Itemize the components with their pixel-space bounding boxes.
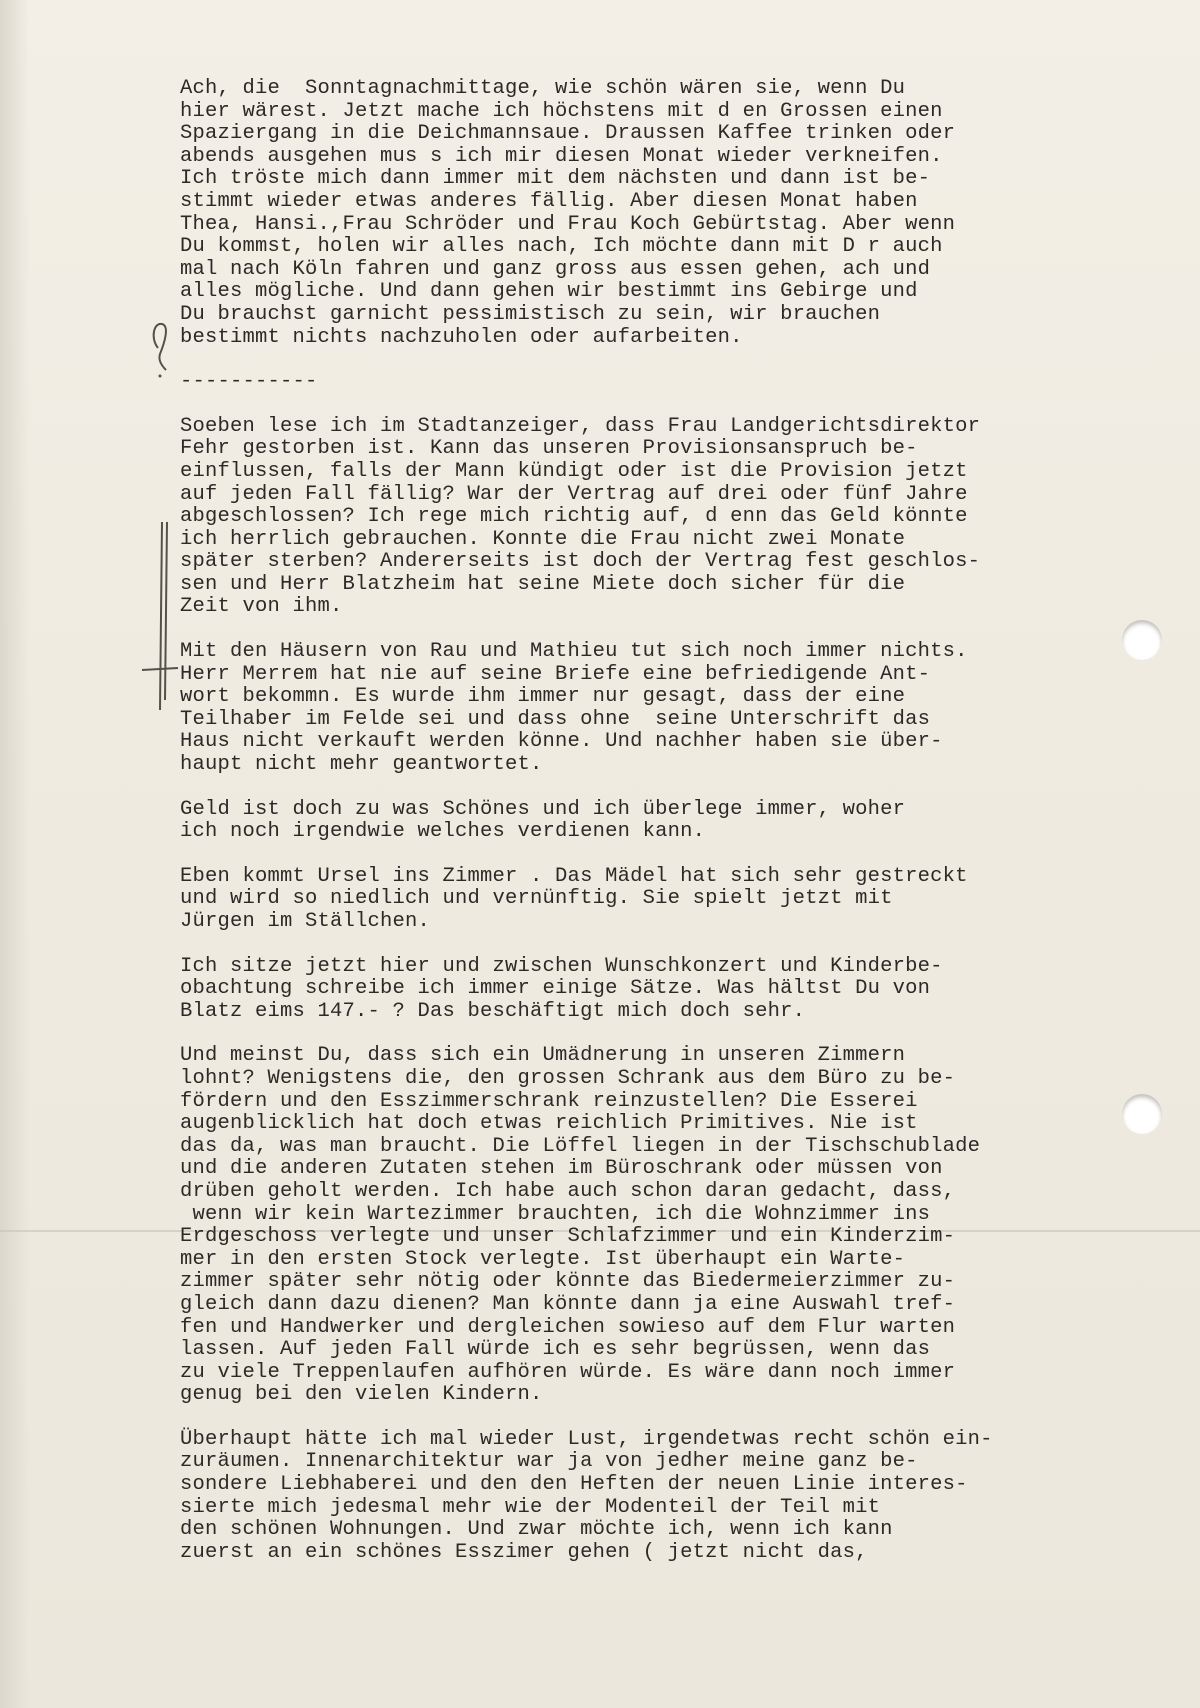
text-line: Mit den Häusern von Rau und Mathieu tut … xyxy=(180,641,1140,664)
text-line: Jürgen im Ställchen. xyxy=(180,911,1140,934)
text-line: und wird so niedlich und vernünftig. Sie… xyxy=(180,888,1140,911)
text-line: zimmer später sehr nötig oder könnte das… xyxy=(180,1271,1140,1294)
text-line: Blatz eims 147.- ? Das beschäftigt mich … xyxy=(180,1001,1140,1024)
text-line: mer in den ersten Stock verlegte. Ist üb… xyxy=(180,1249,1140,1272)
text-line: Spaziergang in die Deichmannsaue. Drauss… xyxy=(180,123,1140,146)
text-line: ich noch irgendwie welches verdienen kan… xyxy=(180,821,1140,844)
text-line: obachtung schreibe ich immer einige Sätz… xyxy=(180,978,1140,1001)
text-line: Zeit von ihm. xyxy=(180,596,1140,619)
paragraph-houses: Mit den Häusern von Rau und Mathieu tut … xyxy=(180,641,1140,777)
text-line: zuräumen. Innenarchitektur war ja von je… xyxy=(180,1451,1140,1474)
paper-edge-shadow xyxy=(0,0,30,1708)
text-line: bestimmt nichts nachzuholen oder aufarbe… xyxy=(180,327,1140,350)
text-line: gleich dann dazu dienen? Man könnte dann… xyxy=(180,1294,1140,1317)
text-line: abends ausgehen mus s ich mir diesen Mon… xyxy=(180,146,1140,169)
text-line: Haus nicht verkauft werden könne. Und na… xyxy=(180,731,1140,754)
text-line: einflussen, falls der Mann kündigt oder … xyxy=(180,461,1140,484)
text-line: drüben geholt werden. Ich habe auch scho… xyxy=(180,1181,1140,1204)
text-line: Eben kommt Ursel ins Zimmer . Das Mädel … xyxy=(180,866,1140,889)
text-line: Erdgeschoss verlegte und unser Schlafzim… xyxy=(180,1226,1140,1249)
text-line: Du kommst, holen wir alles nach, Ich möc… xyxy=(180,236,1140,259)
paragraph-money: Geld ist doch zu was Schönes und ich übe… xyxy=(180,799,1140,844)
text-line: ich herrlich gebrauchen. Konnte die Frau… xyxy=(180,529,1140,552)
text-line: abgeschlossen? Ich rege mich richtig auf… xyxy=(180,506,1140,529)
handwritten-question-mark-icon xyxy=(148,318,178,378)
text-line: Soeben lese ich im Stadtanzeiger, dass F… xyxy=(180,416,1140,439)
text-line: und die anderen Zutaten stehen im Bürosc… xyxy=(180,1158,1140,1181)
text-line: Überhaupt hätte ich mal wieder Lust, irg… xyxy=(180,1429,1140,1452)
text-line: das da, was man braucht. Die Löffel lieg… xyxy=(180,1136,1140,1159)
text-line: lassen. Auf jeden Fall würde ich es sehr… xyxy=(180,1339,1140,1362)
text-line: Herr Merrem hat nie auf seine Briefe ein… xyxy=(180,664,1140,687)
paragraph-rooms: Und meinst Du, dass sich ein Umädnerung … xyxy=(180,1045,1140,1407)
text-line: Fehr gestorben ist. Kann das unseren Pro… xyxy=(180,438,1140,461)
letter-body: Ach, die Sonntagnachmittage, wie schön w… xyxy=(180,78,1140,1586)
text-line: Geld ist doch zu was Schönes und ich übe… xyxy=(180,799,1140,822)
text-line: alles mögliche. Und dann gehen wir besti… xyxy=(180,281,1140,304)
text-line: später sterben? Andererseits ist doch de… xyxy=(180,551,1140,574)
text-line: Und meinst Du, dass sich ein Umädnerung … xyxy=(180,1045,1140,1068)
text-line: den schönen Wohnungen. Und zwar möchte i… xyxy=(180,1519,1140,1542)
text-line: stimmt wieder etwas anderes fällig. Aber… xyxy=(180,191,1140,214)
text-line: Thea, Hansi.,Frau Schröder und Frau Koch… xyxy=(180,214,1140,237)
paragraph-ursel: Eben kommt Ursel ins Zimmer . Das Mädel … xyxy=(180,866,1140,934)
text-line: zu viele Treppenlaufen aufhören würde. E… xyxy=(180,1362,1140,1385)
text-line: sen und Herr Blatzheim hat seine Miete d… xyxy=(180,574,1140,597)
paragraph-interior: Überhaupt hätte ich mal wieder Lust, irg… xyxy=(180,1429,1140,1565)
separator-line: ----------- xyxy=(180,371,1140,394)
text-line: fördern und den Esszimmerschrank reinzus… xyxy=(180,1091,1140,1114)
text-line: Ich tröste mich dann immer mit dem nächs… xyxy=(180,168,1140,191)
paragraph-provision: Soeben lese ich im Stadtanzeiger, dass F… xyxy=(180,416,1140,619)
text-line: sondere Liebhaberei und den den Heften d… xyxy=(180,1474,1140,1497)
text-line: Du brauchst garnicht pessimistisch zu se… xyxy=(180,304,1140,327)
text-line: hier wärest. Jetzt mache ich höchstens m… xyxy=(180,101,1140,124)
text-line: Ich sitze jetzt hier und zwischen Wunsch… xyxy=(180,956,1140,979)
paragraph-wunschkonzert: Ich sitze jetzt hier und zwischen Wunsch… xyxy=(180,956,1140,1024)
paper-sheet: Ach, die Sonntagnachmittage, wie schön w… xyxy=(0,0,1200,1708)
text-line: haupt nicht mehr geantwortet. xyxy=(180,754,1140,777)
text-line: sierte mich jedesmal mehr wie der Modent… xyxy=(180,1497,1140,1520)
text-line: Teilhaber im Felde sei und dass ohne sei… xyxy=(180,709,1140,732)
text-line: Ach, die Sonntagnachmittage, wie schön w… xyxy=(180,78,1140,101)
text-line: fen und Handwerker und dergleichen sowie… xyxy=(180,1317,1140,1340)
text-line: augenblicklich hat doch etwas reichlich … xyxy=(180,1113,1140,1136)
text-line: genug bei den vielen Kindern. xyxy=(180,1384,1140,1407)
text-line: wenn wir kein Wartezimmer brauchten, ich… xyxy=(180,1204,1140,1227)
margin-bracket-icon xyxy=(140,520,180,720)
text-line: zuerst an ein schönes Esszimer gehen ( j… xyxy=(180,1542,1140,1565)
text-line: mal nach Köln fahren und ganz gross aus … xyxy=(180,259,1140,282)
text-line: lohnt? Wenigstens die, den grossen Schra… xyxy=(180,1068,1140,1091)
text-line: auf jeden Fall fällig? War der Vertrag a… xyxy=(180,484,1140,507)
text-line: wort bekommn. Es wurde ihm immer nur ges… xyxy=(180,686,1140,709)
paragraph-sunday-afternoons: Ach, die Sonntagnachmittage, wie schön w… xyxy=(180,78,1140,349)
